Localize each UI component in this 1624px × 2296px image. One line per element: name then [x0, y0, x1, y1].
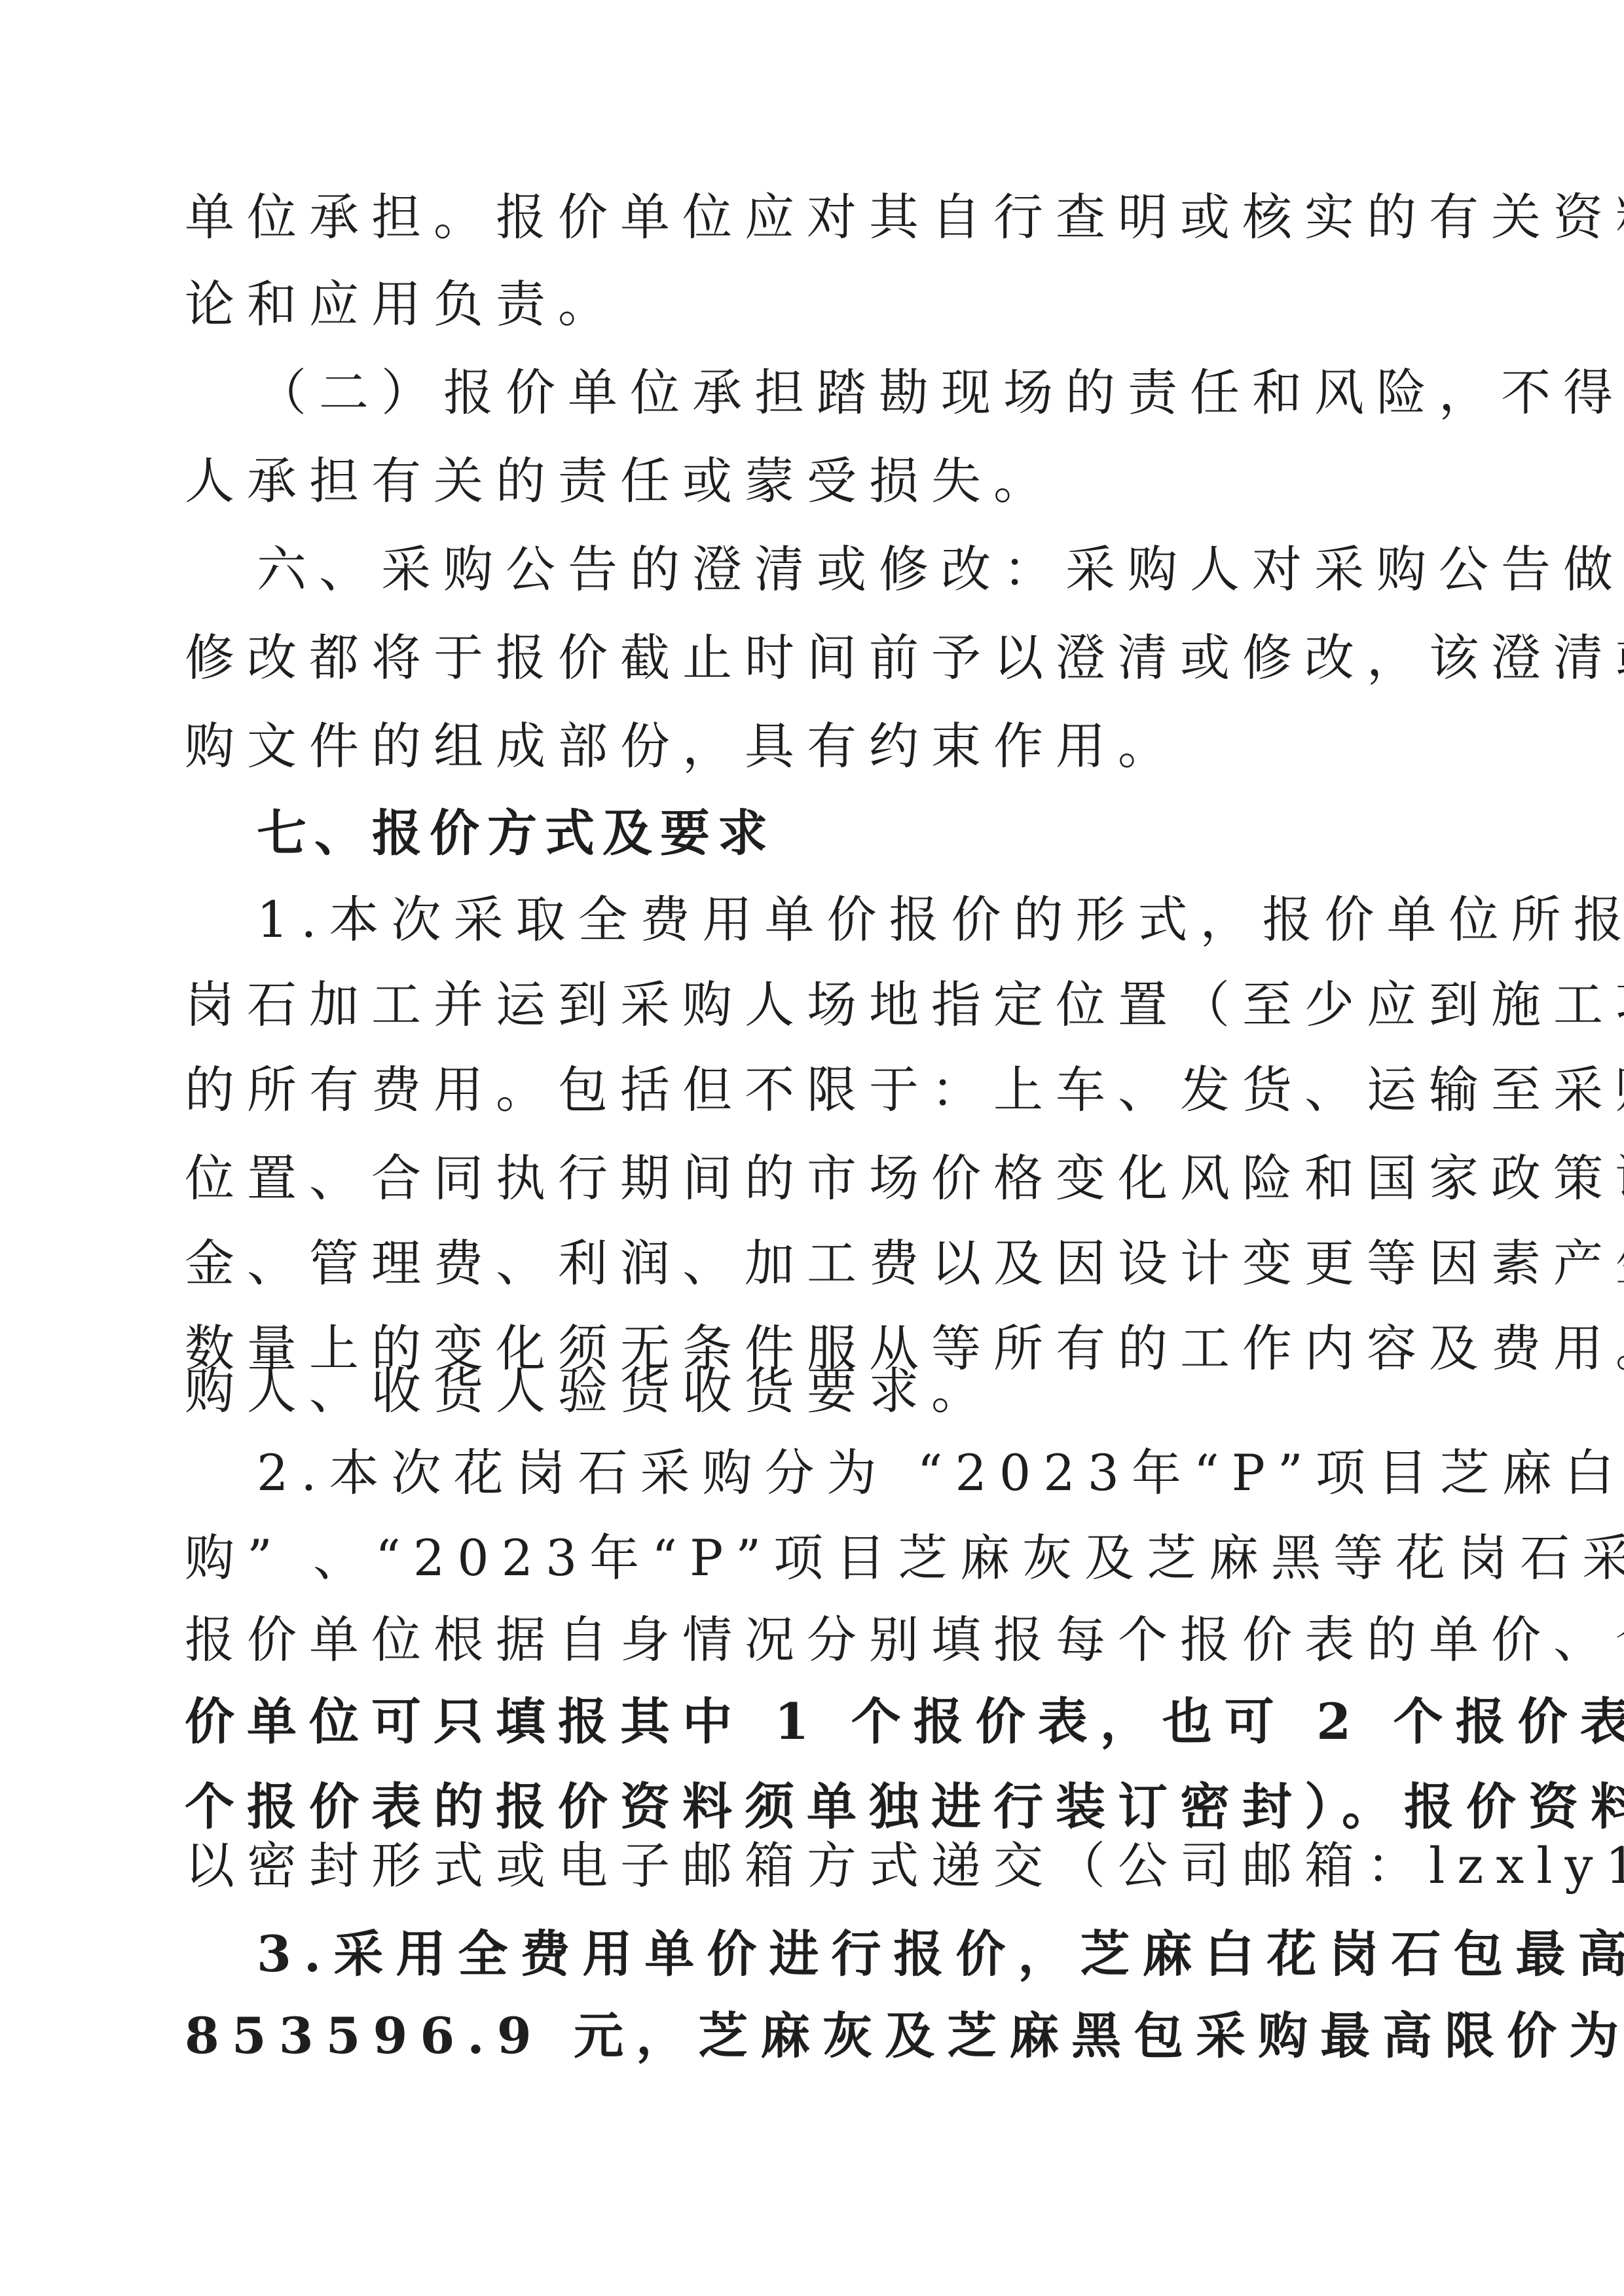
section-6-line: 六、采购公告的澄清或修改：采购人对采购公告做出的澄清或 [257, 534, 1514, 606]
text-line: 人承担有关的责任或蒙受损失。 [185, 445, 1442, 517]
text-line: 的所有费用。包括但不限于：上车、发货、运输至采购人指定下车 [185, 1054, 1442, 1126]
text-line: 购人、收货人验货收货要求。 [185, 1355, 1442, 1427]
max-price-line: 853596.9 元，芝麻灰及芝麻黑包采购最高限价为 1188358.7 元。供 [185, 2000, 1442, 2072]
text-line: 修改都将于报价截止时间前予以澄清或修改，该澄清或修改作为采 [185, 622, 1442, 694]
requirement-2-line: 2.本次花岗石采购分为 “2023年“P”项目芝麻白花岗石采 [257, 1437, 1514, 1509]
note-bold-line: 价单位可只填报其中 1 个报价表，也可 2 个报价表都同时填报，每 [185, 1686, 1442, 1758]
text-line: 购” 、“2023年“P”项目芝麻灰及芝麻黑等花岗石采购”2个包， [185, 1522, 1442, 1594]
text-line: 岗石加工并运到采购人场地指定位置（至少应到施工项目大门内） [185, 969, 1442, 1041]
document-page: 单位承担。报价单位应对其自行查明或核实的有关资料的解释、推 论和应用负责。 （二… [0, 0, 1624, 2296]
text-line: 论和应用负责。 [185, 268, 1442, 340]
email-line: 以密封形式或电子邮箱方式递交（公司邮箱：lzxly101@163.com）。 [185, 1830, 1442, 1902]
section-7-heading: 七、报价方式及要求 [257, 797, 1514, 869]
text-line: （二）报价单位承担踏勘现场的责任和风险，不得因此使采购 [257, 357, 1514, 429]
text-line: 报价单位根据自身情况分别填报每个报价表的单价、合价（注：报 [185, 1604, 1442, 1676]
text-line: 单位承担。报价单位应对其自行查明或核实的有关资料的解释、推 [185, 181, 1442, 253]
requirement-1-line: 1.本次采取全费用单价报价的形式，报价单位所报价格应含花 [257, 884, 1514, 956]
text-line: 金、管理费、利润、加工费以及因设计变更等因素产生供货品种或 [185, 1228, 1442, 1300]
requirement-3-line: 3.采用全费用单价进行报价，芝麻白花岗石包最高限价为 [257, 1918, 1514, 1990]
text-line: 位置、合同执行期间的市场价格变化风险和国家政策调整风险、税 [185, 1142, 1442, 1214]
text-line: 购文件的组成部份，具有约束作用。 [185, 710, 1442, 782]
